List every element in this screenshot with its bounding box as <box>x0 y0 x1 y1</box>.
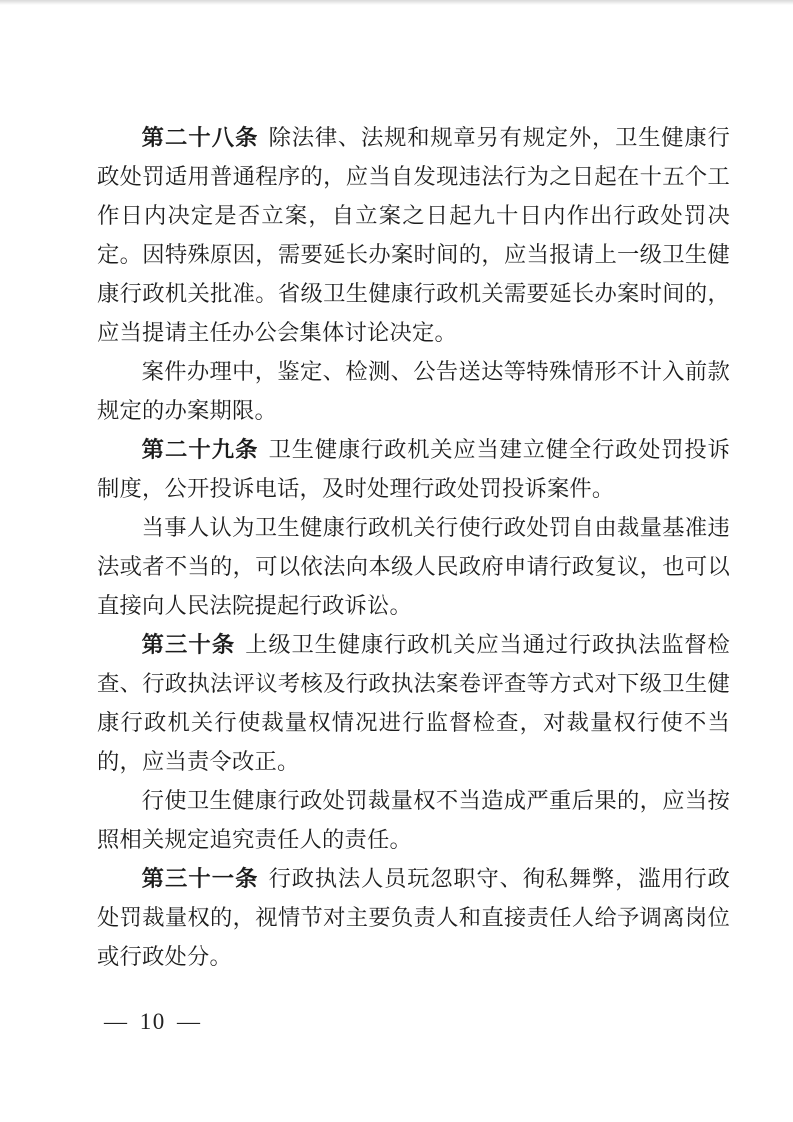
para-article-28: 第二十八条除法律、法规和规章另有规定外，卫生健康行政处罚适用普通程序的，应当自发… <box>97 118 730 352</box>
article-28-supplement-text: 案件办理中，鉴定、检测、公告送达等特殊情形不计入前款规定的办案期限。 <box>97 359 730 423</box>
article-29-remedies-text: 当事人认为卫生健康行政机关行使行政处罚自由裁量基准违法或者不当的，可以依法向本级… <box>97 515 730 618</box>
para-article-30: 第三十条上级卫生健康行政机关应当通过行政执法监督检查、行政执法评议考核及行政执法… <box>97 625 730 781</box>
para-article-29: 第二十九条卫生健康行政机关应当建立健全行政处罚投诉制度，公开投诉电话，及时处理行… <box>97 430 730 508</box>
page-number-text: — 10 — <box>104 1009 202 1034</box>
article-29-number: 第二十九条 <box>142 437 259 462</box>
document-page: 第二十八条除法律、法规和规章另有规定外，卫生健康行政处罚适用普通程序的，应当自发… <box>0 0 793 1122</box>
article-30-number: 第三十条 <box>142 632 236 657</box>
para-article-29-remedies: 当事人认为卫生健康行政机关行使行政处罚自由裁量基准违法或者不当的，可以依法向本级… <box>97 508 730 625</box>
scan-edge-artifact <box>0 0 793 5</box>
article-28-text: 除法律、法规和规章另有规定外，卫生健康行政处罚适用普通程序的，应当自发现违法行为… <box>97 125 730 345</box>
document-body: 第二十八条除法律、法规和规章另有规定外，卫生健康行政处罚适用普通程序的，应当自发… <box>97 118 730 976</box>
para-article-28-supplement: 案件办理中，鉴定、检测、公告送达等特殊情形不计入前款规定的办案期限。 <box>97 352 730 430</box>
para-article-30-consequences: 行使卫生健康行政处罚裁量权不当造成严重后果的，应当按照相关规定追究责任人的责任。 <box>97 781 730 859</box>
page-number: — 10 — <box>104 1008 202 1036</box>
article-30-consequences-text: 行使卫生健康行政处罚裁量权不当造成严重后果的，应当按照相关规定追究责任人的责任。 <box>97 788 730 852</box>
para-article-31: 第三十一条行政执法人员玩忽职守、徇私舞弊，滥用行政处罚裁量权的，视情节对主要负责… <box>97 859 730 976</box>
article-31-number: 第三十一条 <box>142 866 259 891</box>
article-28-number: 第二十八条 <box>142 125 259 150</box>
